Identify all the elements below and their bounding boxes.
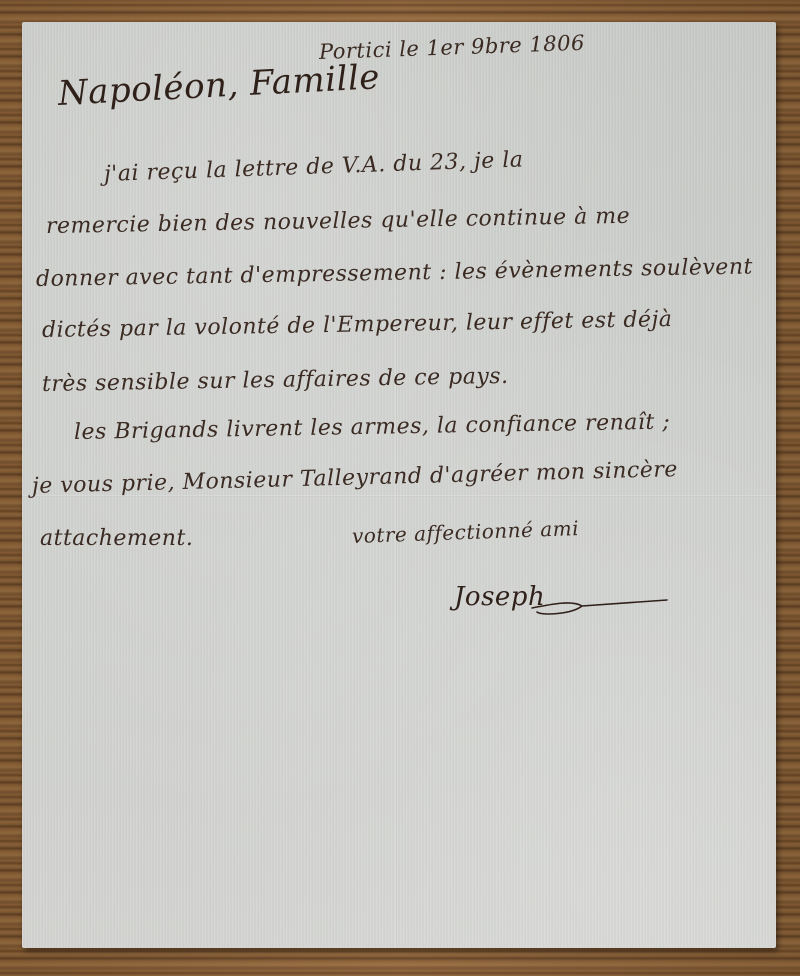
body-line-8: attachement. — [40, 526, 193, 551]
body-line-4: dictés par la volonté de l'Empereur, leu… — [42, 307, 673, 343]
letter-closing: votre affectionné ami — [352, 516, 580, 548]
body-line-1: j'ai reçu la lettre de V.A. du 23, je la — [104, 147, 524, 187]
body-line-5: très sensible sur les affaires de ce pay… — [42, 364, 509, 397]
letter-paper: Portici le 1er 9bre 1806 Napoléon, Famil… — [22, 22, 776, 948]
body-line-6: les Brigands livrent les armes, la confi… — [74, 410, 671, 445]
letter-salutation: Napoléon, Famille — [57, 57, 381, 114]
signature-flourish-icon — [462, 578, 672, 618]
body-line-2: remercie bien des nouvelles qu'elle cont… — [46, 204, 631, 239]
body-line-7: je vous prie, Monsieur Talleyrand d'agré… — [32, 457, 679, 499]
